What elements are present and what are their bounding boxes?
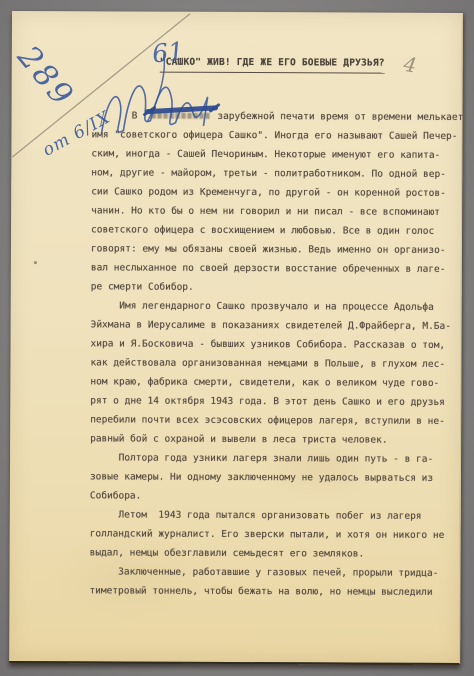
document-title: "САШКО" ЖИВ! ГДЕ ЖЕ ЕГО БОЕВЫЕ ДРУЗЬЯ? xyxy=(160,57,385,74)
photo-background: { "page": { "title": "\"САШКО\" ЖИВ! ГДЕ… xyxy=(0,0,474,676)
typewritten-body: В зарубежной печати время от времени мел… xyxy=(89,106,471,602)
paragraph-4: Летом 1943 года пытался организовать поб… xyxy=(90,505,470,564)
handwritten-archive-number: 289 xyxy=(10,39,81,114)
paragraph-1: В зарубежной печати время от времени мел… xyxy=(91,106,472,298)
page-number: 4 xyxy=(402,52,418,78)
paragraph-3: Полтора года узники лагеря знали лишь од… xyxy=(90,448,470,507)
document-page: "САШКО" ЖИВ! ГДЕ ЖЕ ЕГО БОЕВЫЕ ДРУЗЬЯ? 2… xyxy=(9,11,463,665)
crossed-out-word xyxy=(152,113,210,119)
paragraph-5: Заключенные, работавшие у газовых печей,… xyxy=(89,562,469,602)
paragraph-2: Имя легендарного Сашко прозвучало и на п… xyxy=(90,296,471,450)
paper-speck xyxy=(34,261,37,264)
handwritten-year: 61 xyxy=(151,36,186,68)
